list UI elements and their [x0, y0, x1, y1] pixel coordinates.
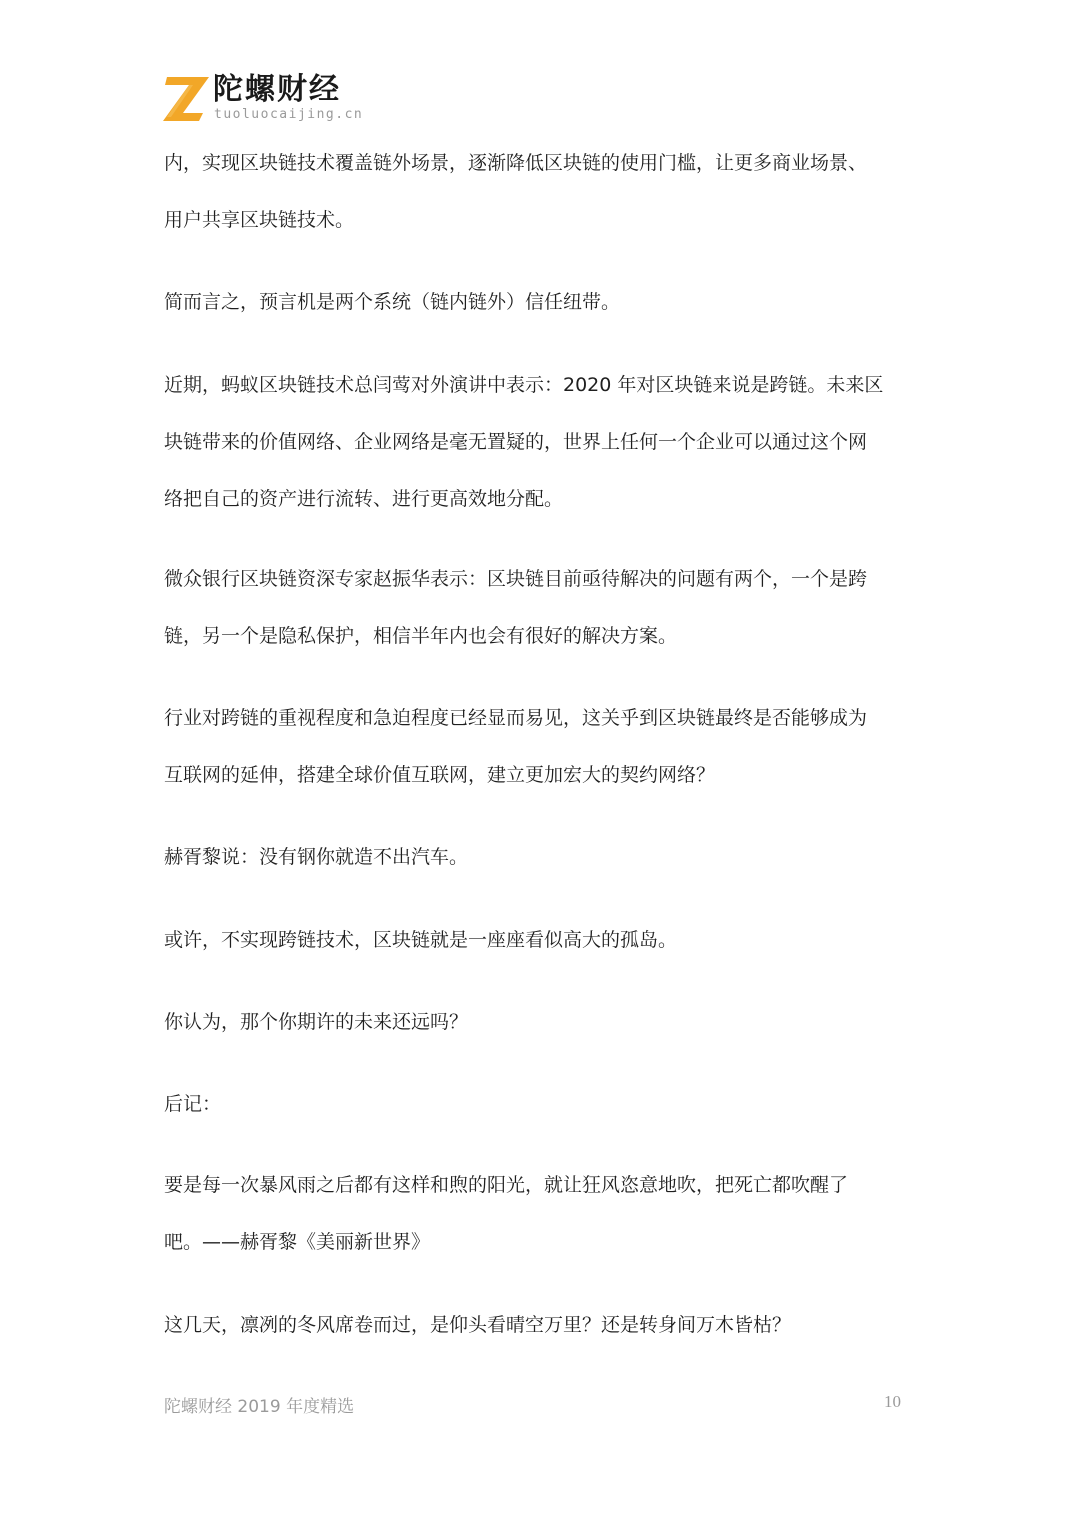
- paragraph-8: 你认为，那个你期许的未来还远吗？: [164, 994, 924, 1051]
- footer-publication: 陀螺财经 2019 年度精选: [164, 1392, 354, 1417]
- paragraph-11: 这几天，凛冽的冬风席卷而过，是仰头看晴空万里？还是转身间万木皆枯？: [164, 1297, 924, 1354]
- text-line: 你认为，那个你期许的未来还远吗？: [164, 994, 924, 1051]
- text-line: 互联网的延伸，搭建全球价值互联网，建立更加宏大的契约网络？: [164, 747, 924, 804]
- text-line: 络把自己的资产进行流转、进行更高效地分配。: [164, 471, 924, 528]
- text-line: 或许，不实现跨链技术，区块链就是一座座看似高大的孤岛。: [164, 912, 924, 969]
- z-logo-icon: [163, 77, 209, 121]
- logo-chinese-name: 陀螺财经: [213, 73, 341, 107]
- paragraph-10: 要是每一次暴风雨之后都有这样和煦的阳光，就让狂风恣意地吹，把死亡都吹醒了 吧。—…: [164, 1157, 924, 1271]
- text-line: 这几天，凛冽的冬风席卷而过，是仰头看晴空万里？还是转身间万木皆枯？: [164, 1297, 924, 1354]
- text-line: 赫胥黎说：没有钢你就造不出汽车。: [164, 829, 924, 886]
- paragraph-2: 简而言之，预言机是两个系统（链内链外）信任纽带。: [164, 274, 924, 331]
- paragraph-4: 微众银行区块链资深专家赵振华表示：区块链目前亟待解决的问题有两个，一个是跨 链，…: [164, 551, 924, 665]
- paragraph-6: 赫胥黎说：没有钢你就造不出汽车。: [164, 829, 924, 886]
- text-line: 用户共享区块链技术。: [164, 192, 924, 249]
- text-line: 要是每一次暴风雨之后都有这样和煦的阳光，就让狂风恣意地吹，把死亡都吹醒了: [164, 1157, 924, 1214]
- text-line: 简而言之，预言机是两个系统（链内链外）信任纽带。: [164, 274, 924, 331]
- paragraph-3: 近期，蚂蚁区块链技术总闫莺对外演讲中表示：2020 年对区块链来说是跨链。未来区…: [164, 357, 924, 528]
- logo: 陀螺财经 tuoluocaijing.cn: [163, 75, 363, 125]
- paragraph-7: 或许，不实现跨链技术，区块链就是一座座看似高大的孤岛。: [164, 912, 924, 969]
- text-line: 内，实现区块链技术覆盖链外场景，逐渐降低区块链的使用门槛，让更多商业场景、: [164, 135, 924, 192]
- paragraph-1: 内，实现区块链技术覆盖链外场景，逐渐降低区块链的使用门槛，让更多商业场景、 用户…: [164, 135, 924, 249]
- text-line: 近期，蚂蚁区块链技术总闫莺对外演讲中表示：2020 年对区块链来说是跨链。未来区: [164, 357, 924, 414]
- text-line: 行业对跨链的重视程度和急迫程度已经显而易见，这关乎到区块链最终是否能够成为: [164, 690, 924, 747]
- text-line: 链，另一个是隐私保护，相信半年内也会有很好的解决方案。: [164, 608, 924, 665]
- page-number: 10: [884, 1392, 901, 1412]
- text-line: 微众银行区块链资深专家赵振华表示：区块链目前亟待解决的问题有两个，一个是跨: [164, 551, 924, 608]
- text-line: 块链带来的价值网络、企业网络是毫无置疑的，世界上任何一个企业可以通过这个网: [164, 414, 924, 471]
- text-line: 吧。——赫胥黎《美丽新世界》: [164, 1214, 924, 1271]
- paragraph-9: 后记：: [164, 1076, 924, 1133]
- paragraph-5: 行业对跨链的重视程度和急迫程度已经显而易见，这关乎到区块链最终是否能够成为 互联…: [164, 690, 924, 804]
- logo-domain: tuoluocaijing.cn: [214, 107, 363, 122]
- text-line: 后记：: [164, 1076, 924, 1133]
